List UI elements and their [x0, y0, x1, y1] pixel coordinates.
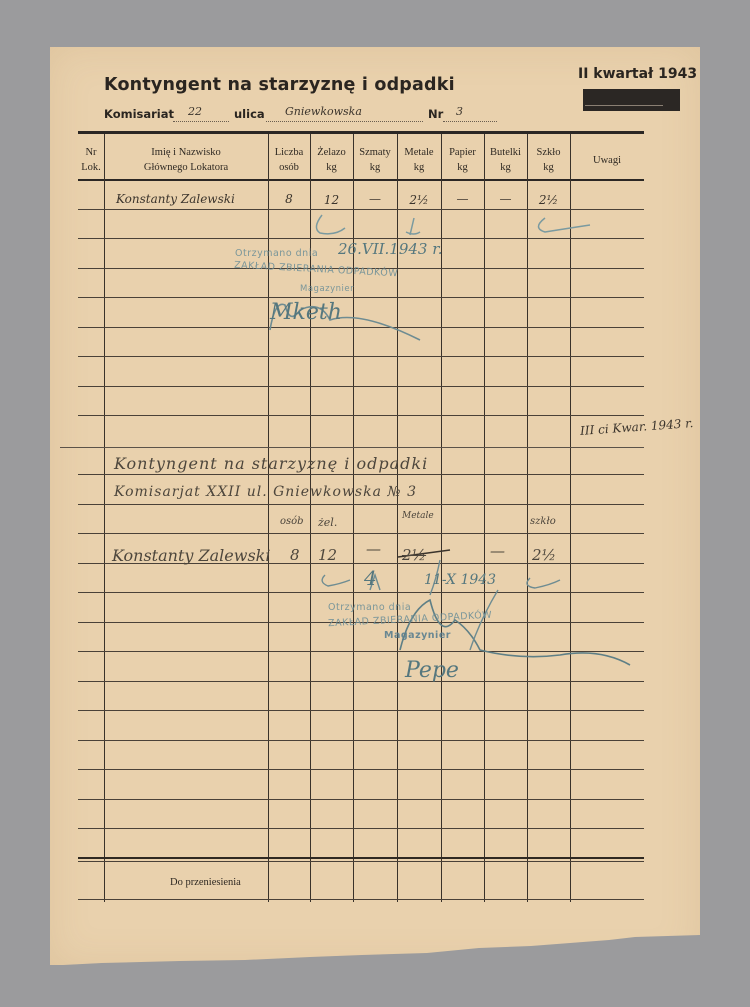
handwritten-col-zel: żel.: [318, 516, 337, 529]
handwritten-row-zelazo: 12: [318, 546, 337, 564]
handwritten-row-osob: 8: [290, 546, 300, 564]
stamp1-received-label: Otrzymano dnia: [235, 248, 318, 259]
handwritten-correction: 4: [364, 566, 377, 590]
stamp2-received-label: Otrzymano dnia: [328, 602, 411, 613]
stamp2-signature: Pepe: [405, 658, 459, 683]
handwritten-row-name: Konstanty Zalewski: [112, 546, 270, 565]
handwritten-address: Komisarjat XXII ul. Gniewkowska № 3: [114, 484, 417, 500]
stamp1-signature: Mketh: [270, 300, 342, 325]
stamp1-date: 26.VII.1943 r.: [338, 240, 443, 258]
stamp2-role: Magazynier: [384, 630, 451, 641]
handwritten-date-note: 11-X 1943: [424, 572, 496, 588]
handwritten-col-osob: osób: [280, 516, 304, 527]
handwritten-title: Kontyngent na starzyznę i odpadki: [114, 454, 428, 473]
stamp1-role: Magazynier: [300, 284, 354, 294]
handwritten-row-butelki: —: [490, 542, 505, 560]
carry-forward-label: Do przeniesienia: [170, 877, 241, 888]
handwritten-row-metale-struck: 2½: [402, 546, 426, 564]
pencil-marks: [0, 0, 750, 1007]
handwritten-col-metale: Metale: [402, 511, 434, 521]
handwritten-row-szmaty: —: [366, 540, 381, 558]
handwritten-col-szklo: szkło: [530, 516, 556, 527]
handwritten-row-szklo: 2½: [532, 546, 556, 564]
